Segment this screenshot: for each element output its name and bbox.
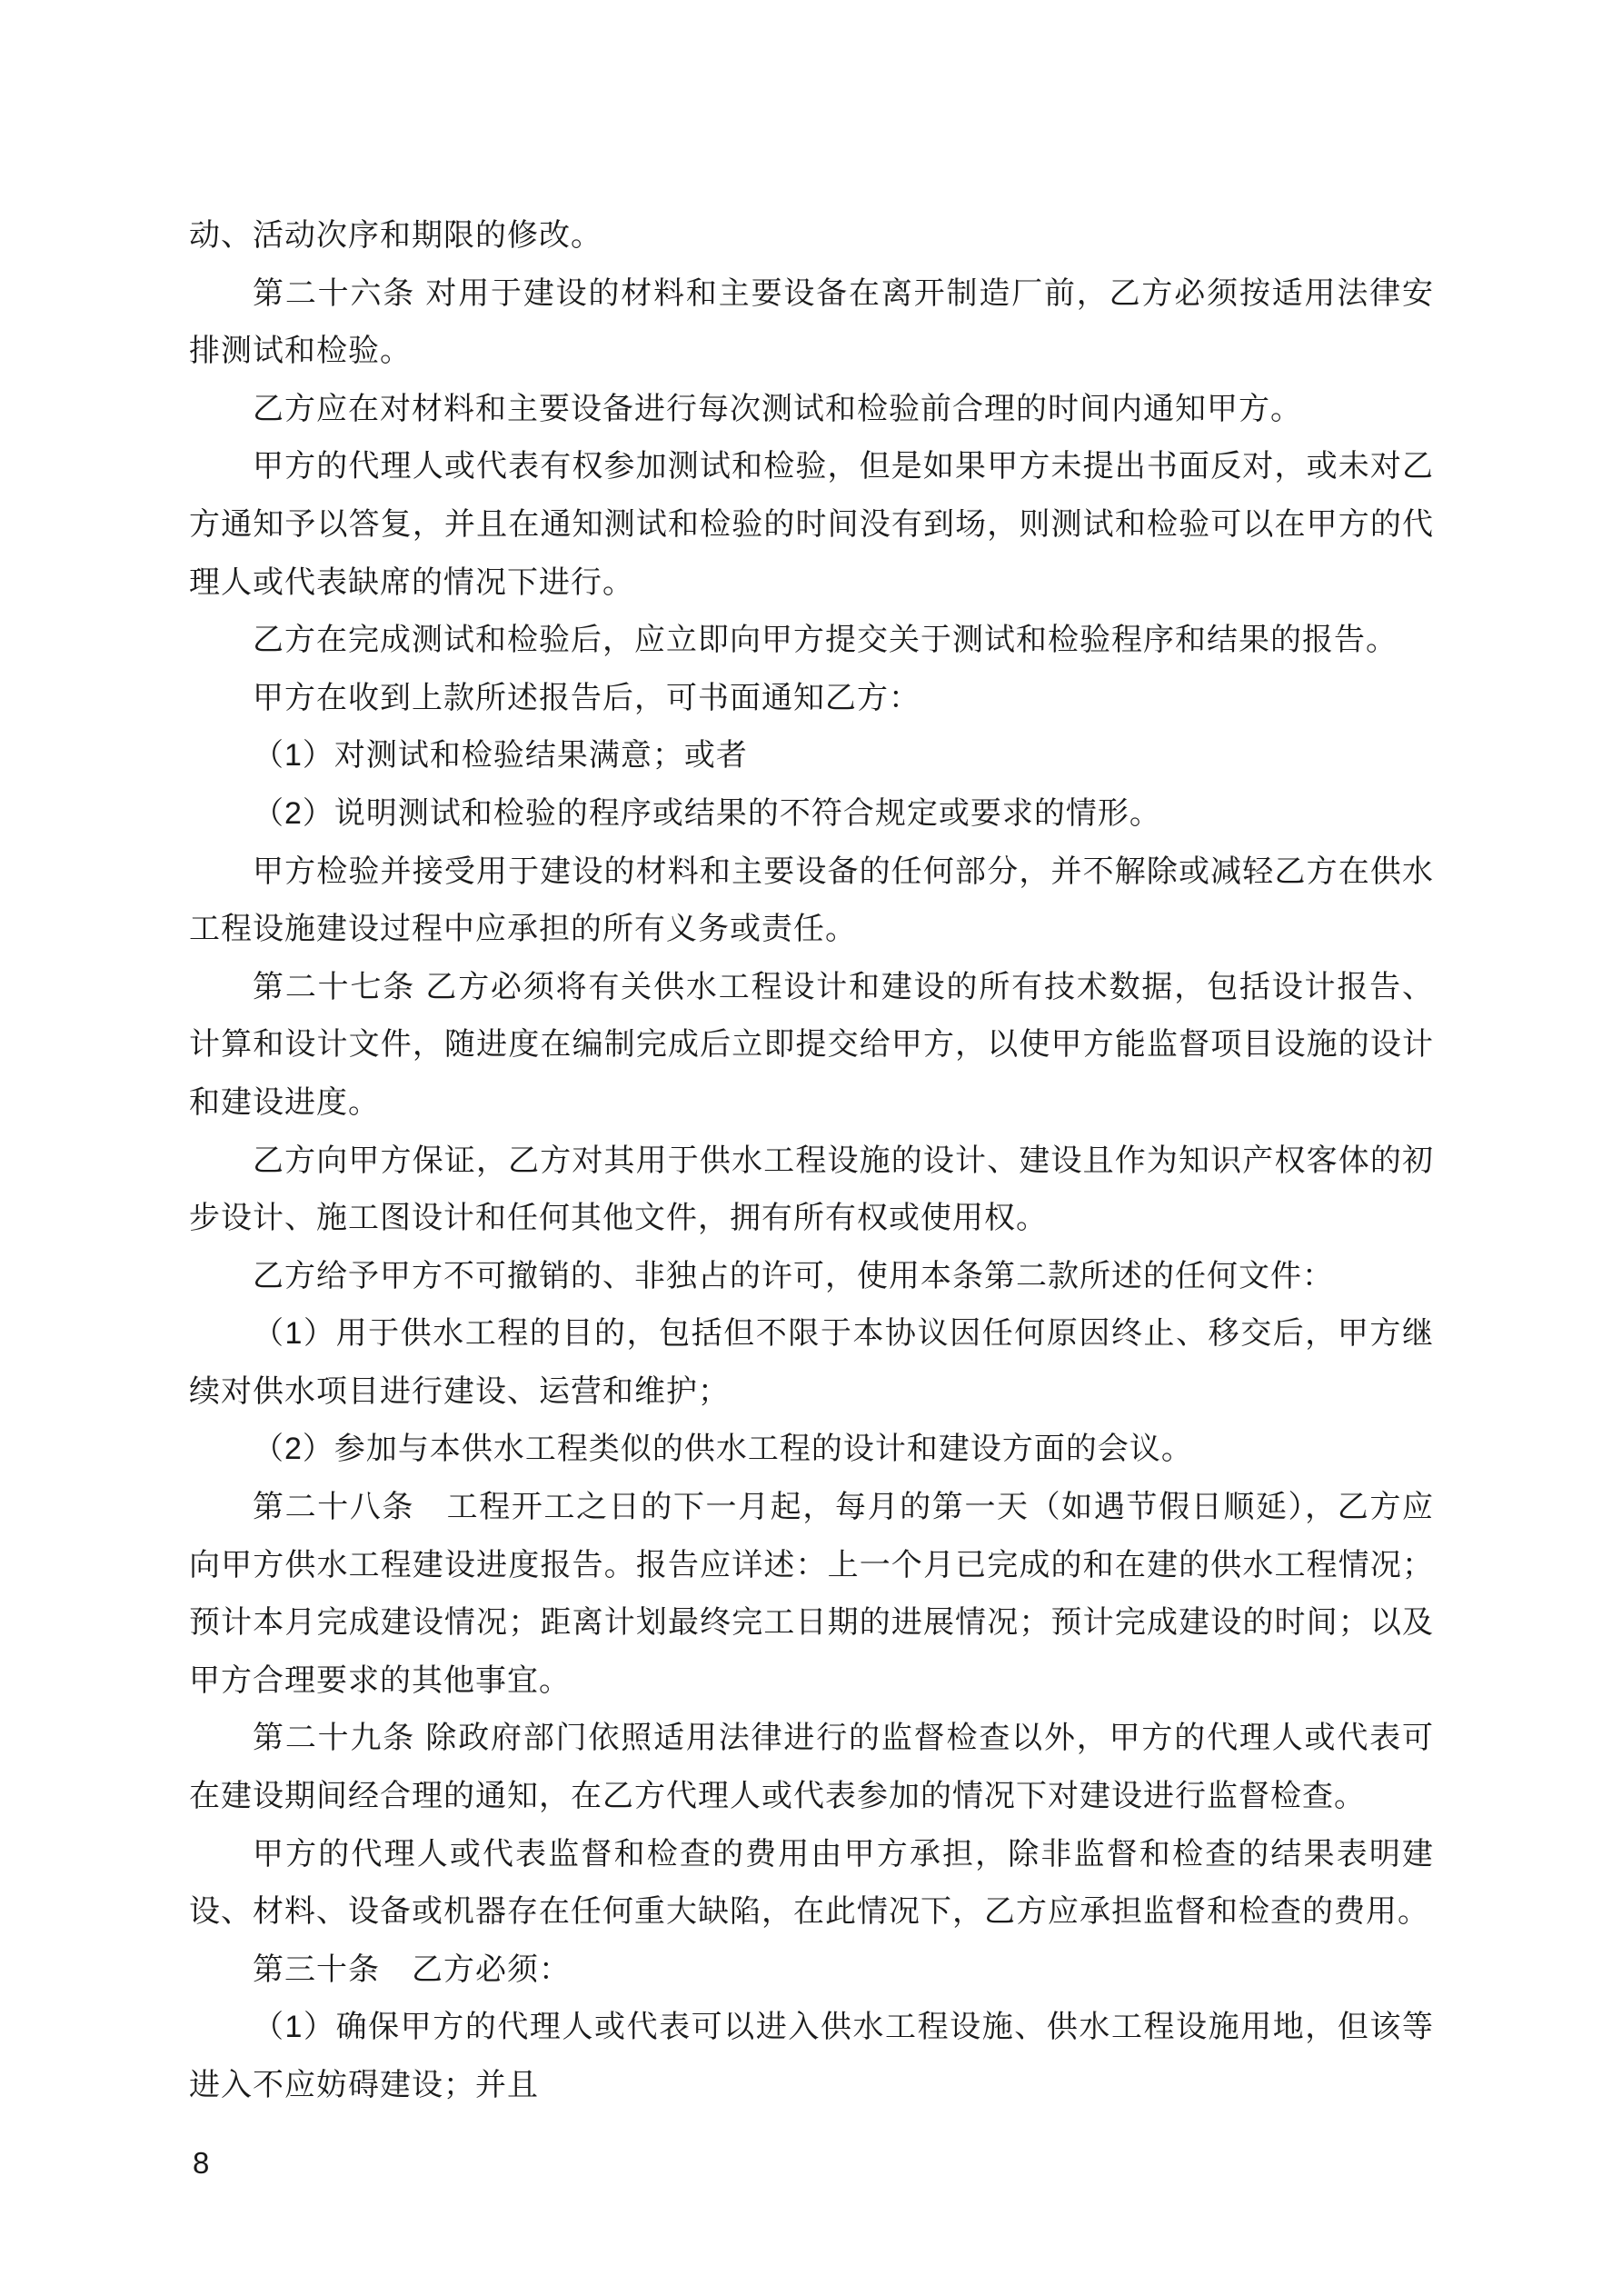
- paragraph: （2）参加与本供水工程类似的供水工程的设计和建设方面的会议。: [189, 1421, 1434, 1479]
- paragraph: 甲方在收到上款所述报告后，可书面通知乙方：: [189, 670, 1434, 728]
- paragraph: 第二十七条 乙方必须将有关供水工程设计和建设的所有技术数据，包括设计报告、计算和…: [189, 959, 1434, 1133]
- paragraph: （2）说明测试和检验的程序或结果的不符合规定或要求的情形。: [189, 785, 1434, 844]
- paragraph: （1）用于供水工程的目的，包括但不限于本协议因任何原因终止、移交后，甲方继续对供…: [189, 1305, 1434, 1421]
- paragraph: 第二十八条 工程开工之日的下一月起，每月的第一天（如遇节假日顺延），乙方应向甲方…: [189, 1479, 1434, 1710]
- paragraph: （1）对测试和检验结果满意；或者: [189, 727, 1434, 785]
- paragraph: 甲方的代理人或代表监督和检查的费用由甲方承担，除非监督和检查的结果表明建设、材料…: [189, 1826, 1434, 1942]
- paragraph: 动、活动次序和期限的修改。: [189, 207, 1434, 265]
- document-page: 动、活动次序和期限的修改。第二十六条 对用于建设的材料和主要设备在离开制造厂前，…: [0, 0, 1622, 2296]
- page-number: 8: [193, 2145, 209, 2181]
- paragraph: 乙方给予甲方不可撤销的、非独占的许可，使用本条第二款所述的任何文件：: [189, 1248, 1434, 1306]
- paragraph: 甲方的代理人或代表有权参加测试和检验，但是如果甲方未提出书面反对，或未对乙方通知…: [189, 438, 1434, 612]
- paragraph: 乙方向甲方保证，乙方对其用于供水工程设施的设计、建设且作为知识产权客体的初步设计…: [189, 1133, 1434, 1248]
- paragraph: 甲方检验并接受用于建设的材料和主要设备的任何部分，并不解除或减轻乙方在供水工程设…: [189, 844, 1434, 959]
- paragraph: 第二十九条 除政府部门依照适用法律进行的监督检查以外，甲方的代理人或代表可在建设…: [189, 1710, 1434, 1825]
- paragraph: 第三十条 乙方必须：: [189, 1942, 1434, 2000]
- document-body: 动、活动次序和期限的修改。第二十六条 对用于建设的材料和主要设备在离开制造厂前，…: [189, 207, 1434, 2115]
- paragraph: 第二十六条 对用于建设的材料和主要设备在离开制造厂前，乙方必须按适用法律安排测试…: [189, 265, 1434, 381]
- paragraph: （1）确保甲方的代理人或代表可以进入供水工程设施、供水工程设施用地，但该等进入不…: [189, 1999, 1434, 2114]
- paragraph: 乙方应在对材料和主要设备进行每次测试和检验前合理的时间内通知甲方。: [189, 381, 1434, 439]
- paragraph: 乙方在完成测试和检验后，应立即向甲方提交关于测试和检验程序和结果的报告。: [189, 612, 1434, 670]
